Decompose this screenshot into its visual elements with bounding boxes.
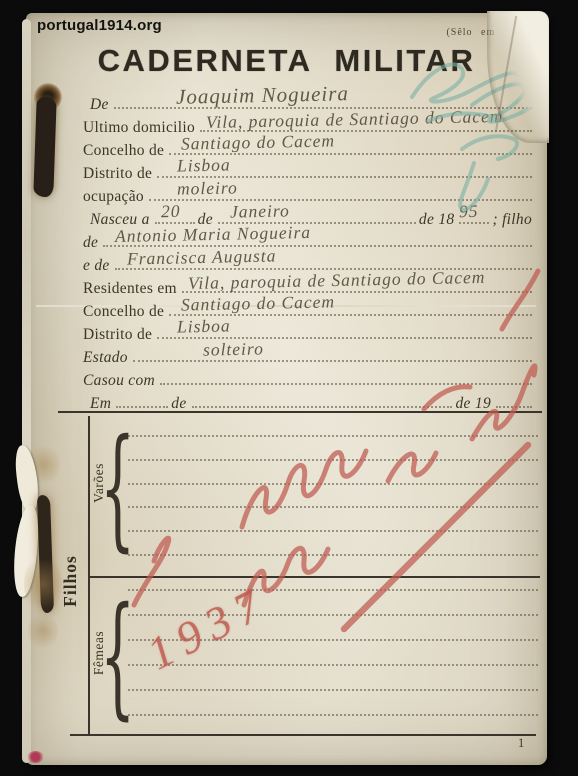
ruled-dotted-line [128, 714, 538, 716]
stain [24, 553, 62, 615]
handwritten-value: solteiro [203, 341, 264, 356]
dotted-line: Vila, paroquia de Santiago do Cacem [182, 273, 532, 293]
field-label: Distrito de [83, 166, 155, 182]
field-label: Em [90, 396, 114, 412]
ruled-dotted-line [128, 506, 538, 508]
field-label: Distrito de [83, 327, 155, 343]
stain [28, 611, 58, 651]
dotted-line: solteiro [133, 342, 532, 362]
torn-left-edge [22, 19, 31, 763]
red-wax-spot [27, 751, 44, 763]
form-fields: De Joaquim Nogueira Ultimo domicilio Vil… [83, 89, 535, 411]
ruled-dotted-line [128, 689, 538, 691]
document-title: CADERNETA MILITAR [26, 43, 547, 79]
handwritten-value: Lisboa [177, 157, 231, 172]
ruled-dotted-line [128, 589, 538, 591]
handwritten-day: 20 [161, 204, 181, 218]
field-em: Em de de 19 [83, 388, 535, 411]
ruled-dotted-line [128, 483, 538, 485]
ruled-dotted-line [128, 459, 538, 461]
handwritten-year: 95 [459, 204, 479, 218]
field-casou-com: Casou com [83, 365, 535, 388]
scanned-document-photo: { "watermark": "portugal1914.org", "seal… [0, 0, 578, 776]
field-label: Casou com [83, 373, 158, 389]
table-left-border [88, 416, 90, 734]
field-label: ocupação [83, 189, 147, 205]
field-concelho-2: Concelho de Santiago do Cacem [83, 296, 535, 319]
table-lines-varoes [128, 435, 538, 556]
handwritten-value: Antonio Maria Nogueira [115, 225, 311, 243]
dotted-line: Lisboa [157, 158, 532, 178]
dotted-line: Vila, paroquia de Santiago do Cacem [200, 112, 532, 132]
field-label: de [171, 396, 189, 412]
handwritten-value: Francisca Augusta [126, 248, 276, 265]
source-watermark: portugal1914.org [37, 17, 162, 34]
label-filhos: Filhos [62, 529, 82, 633]
dotted-line: 20 [155, 204, 195, 224]
field-distrito-2: Distrito de Lisboa [83, 319, 535, 342]
field-label: ; filho [492, 212, 535, 228]
dotted-line: 95 [459, 204, 489, 224]
dotted-line [496, 406, 532, 408]
field-label: de [83, 235, 101, 251]
page-number: 1 [518, 736, 524, 751]
table-bottom-rule [70, 734, 536, 736]
field-label: Estado [83, 350, 131, 366]
field-label: e de [83, 258, 113, 274]
dotted-line: Santiago do Cacem [169, 135, 532, 155]
handwritten-value: Vila, paroquia de Santiago do Cacem [188, 270, 486, 290]
field-pai: de Antonio Maria Nogueira [83, 227, 535, 250]
field-label: Concelho de [83, 143, 167, 159]
handwritten-value: Joaquim Nogueira [176, 85, 349, 105]
dotted-line: Janeiro [218, 204, 416, 224]
field-concelho-1: Concelho de Santiago do Cacem [83, 135, 535, 158]
handwritten-value: moleiro [177, 180, 238, 195]
dotted-line: moleiro [149, 181, 532, 201]
binding-stitch-top [33, 97, 56, 198]
ruled-dotted-line [128, 530, 538, 532]
ruled-dotted-line [128, 554, 538, 556]
field-estado: Estado solteiro [83, 342, 535, 365]
dotted-line [192, 406, 453, 408]
table-section-divider [88, 576, 540, 578]
handwritten-value: Santiago do Cacem [181, 294, 335, 311]
field-label: Concelho de [83, 304, 167, 320]
field-label: de 19 [455, 396, 494, 412]
field-label: De [90, 97, 112, 113]
field-distrito-1: Distrito de Lisboa [83, 158, 535, 181]
ruled-dotted-line [128, 435, 538, 437]
dotted-line: Lisboa [157, 319, 532, 339]
dotted-line: Santiago do Cacem [169, 296, 532, 316]
handwritten-value: Vila, paroquia de Santiago do Cacem [206, 109, 504, 129]
handwritten-value: Lisboa [177, 318, 231, 333]
dotted-line [160, 383, 532, 385]
caderneta-cover-page: portugal1914.org (Sêlo em branc CADERNET… [26, 13, 547, 765]
handwritten-value: Santiago do Cacem [181, 133, 335, 150]
field-label: de 18 [419, 212, 458, 228]
handwritten-month: Janeiro [230, 203, 290, 218]
dotted-line [116, 406, 168, 408]
dotted-line: Antonio Maria Nogueira [103, 227, 532, 247]
field-label: Residentes em [83, 281, 180, 297]
